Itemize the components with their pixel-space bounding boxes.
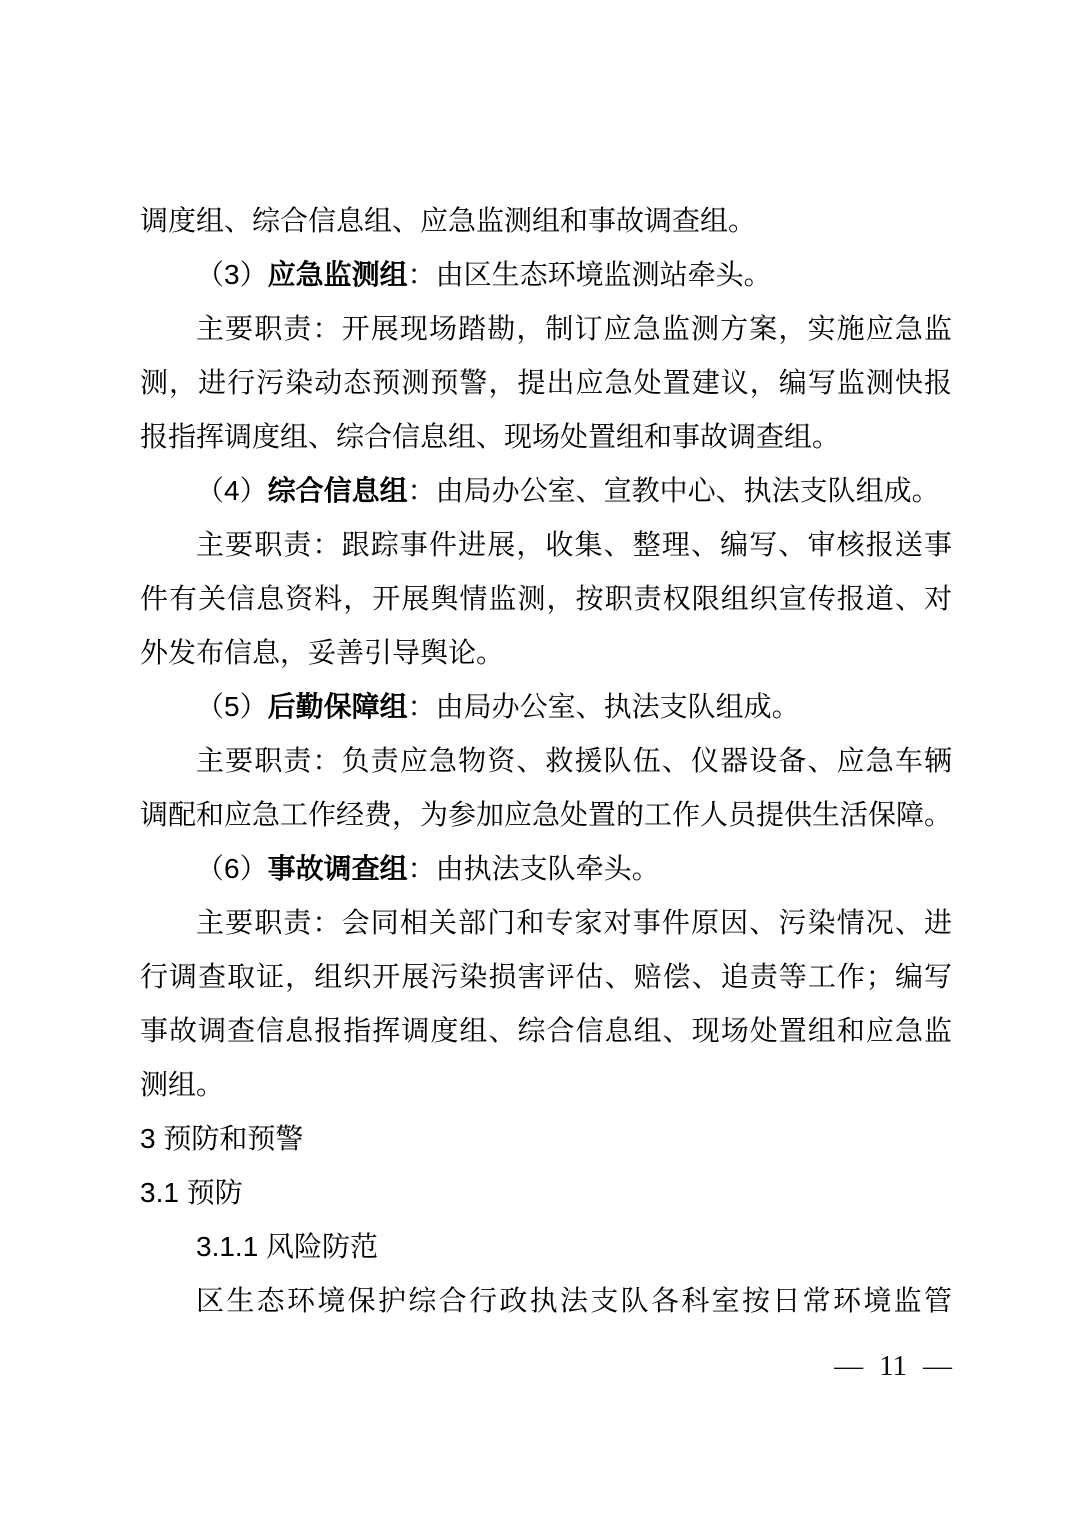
group-name: 应急监测组 (268, 259, 408, 290)
text-line: 主要职责：开展现场踏勘，制订应急监测方案，实施应急监 (140, 302, 952, 356)
group-heading-6: （6）事故调查组：由执法支队牵头。 (140, 842, 952, 896)
group-number: （3） (196, 259, 268, 290)
text-line: 测组。 (140, 1058, 952, 1112)
text-line: 行调查取证，组织开展污染损害评估、赔偿、追责等工作；编写 (140, 950, 952, 1004)
text-line: 测，进行污染动态预测预警，提出应急处置建议，编写监测快报 (140, 356, 952, 410)
section-heading-3-1-1: 3.1.1 风险防范 (140, 1220, 952, 1274)
text-line: 调配和应急工作经费，为参加应急处置的工作人员提供生活保障。 (140, 788, 952, 842)
page-number-dash-left: — (834, 1350, 863, 1382)
page-number: —11— (834, 1346, 952, 1386)
group-number: （5） (196, 691, 268, 722)
group-members: ：由区生态环境监测站牵头。 (408, 259, 772, 290)
page-number-value: 11 (879, 1350, 907, 1382)
text-line: 主要职责：跟踪事件进展，收集、整理、编写、审核报送事 (140, 518, 952, 572)
group-heading-5: （5）后勤保障组：由局办公室、执法支队组成。 (140, 680, 952, 734)
section-heading-3-1: 3.1 预防 (140, 1166, 952, 1220)
group-heading-4: （4）综合信息组：由局办公室、宣教中心、执法支队组成。 (140, 464, 952, 518)
text-line: 事故调查信息报指挥调度组、综合信息组、现场处置组和应急监 (140, 1004, 952, 1058)
group-name: 后勤保障组 (268, 691, 408, 722)
text-line: 区生态环境保护综合行政执法支队各科室按日常环境监管 (140, 1274, 952, 1328)
group-number: （4） (196, 475, 268, 506)
page-number-dash-right: — (923, 1350, 952, 1382)
group-name: 事故调查组 (268, 853, 408, 884)
group-number: （6） (196, 853, 268, 884)
text-line: 报指挥调度组、综合信息组、现场处置组和事故调查组。 (140, 410, 952, 464)
text-line: 外发布信息，妥善引导舆论。 (140, 626, 952, 680)
text-line: 主要职责：会同相关部门和专家对事件原因、污染情况、进 (140, 896, 952, 950)
group-members: ：由局办公室、执法支队组成。 (408, 691, 800, 722)
text-line: 主要职责：负责应急物资、救援队伍、仪器设备、应急车辆 (140, 734, 952, 788)
document-body: 调度组、综合信息组、应急监测组和事故调查组。 （3）应急监测组：由区生态环境监测… (140, 194, 952, 1328)
group-name: 综合信息组 (268, 475, 408, 506)
group-heading-3: （3）应急监测组：由区生态环境监测站牵头。 (140, 248, 952, 302)
text-line: 件有关信息资料，开展舆情监测，按职责权限组织宣传报道、对 (140, 572, 952, 626)
group-members: ：由执法支队牵头。 (408, 853, 660, 884)
text-line: 调度组、综合信息组、应急监测组和事故调查组。 (140, 194, 952, 248)
section-heading-3: 3 预防和预警 (140, 1112, 952, 1166)
group-members: ：由局办公室、宣教中心、执法支队组成。 (408, 475, 940, 506)
